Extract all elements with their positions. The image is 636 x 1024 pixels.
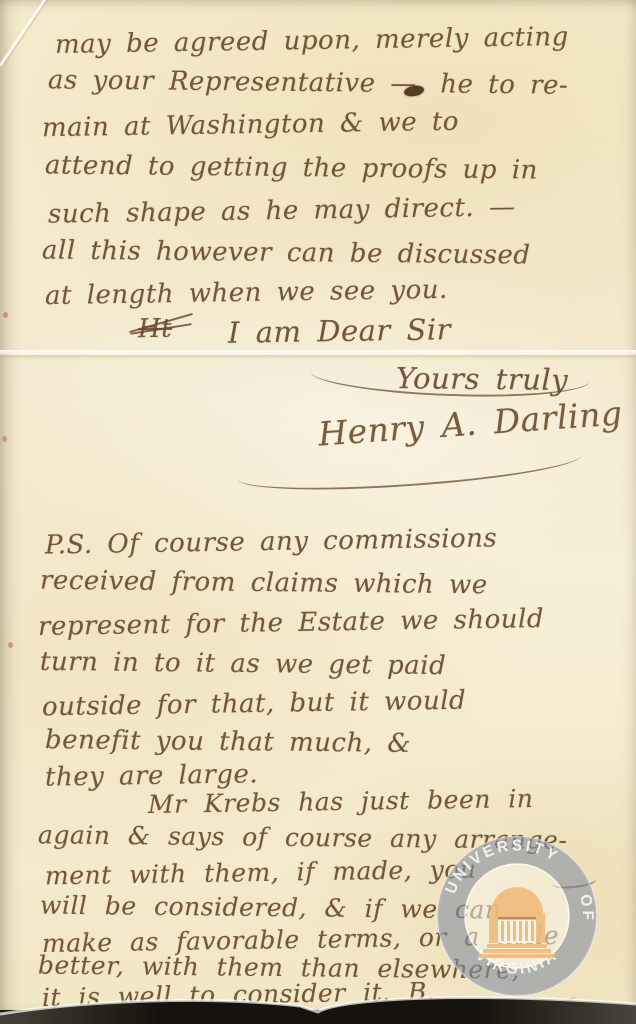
paper-speck	[3, 312, 8, 318]
letter-line: attend to getting the proofs up in	[45, 150, 538, 185]
paper-fold-line	[0, 350, 636, 355]
svg-text:OF: OF	[576, 893, 596, 923]
scanned-letter-page: may be agreed upon, merely acting as you…	[0, 0, 636, 1024]
closing-valediction: Yours truly	[396, 361, 568, 397]
postscript-line: received from claims which we	[40, 566, 488, 601]
paper-speck	[8, 642, 13, 648]
postscript-line: benefit you that much, &	[45, 725, 411, 759]
postscript2-line: Mr Krebs has just been in	[148, 784, 534, 819]
closing-salutation: I am Dear Sir	[228, 312, 451, 349]
paper-speck	[2, 436, 7, 442]
letter-line: at length when we see you.	[45, 275, 448, 311]
university-of-virginia-seal: UNIVERSITY OF VIRGINIA	[432, 831, 602, 1001]
postscript-line: turn in to it as we get paid	[40, 647, 447, 681]
postscript-line: they are large.	[45, 759, 259, 792]
letter-line: as your Representative —, he to re-	[48, 65, 569, 100]
letter-line: all this however can be discussed	[42, 235, 531, 270]
scan-bottom-edge	[0, 988, 636, 1024]
seal-text-of: OF	[576, 893, 596, 923]
